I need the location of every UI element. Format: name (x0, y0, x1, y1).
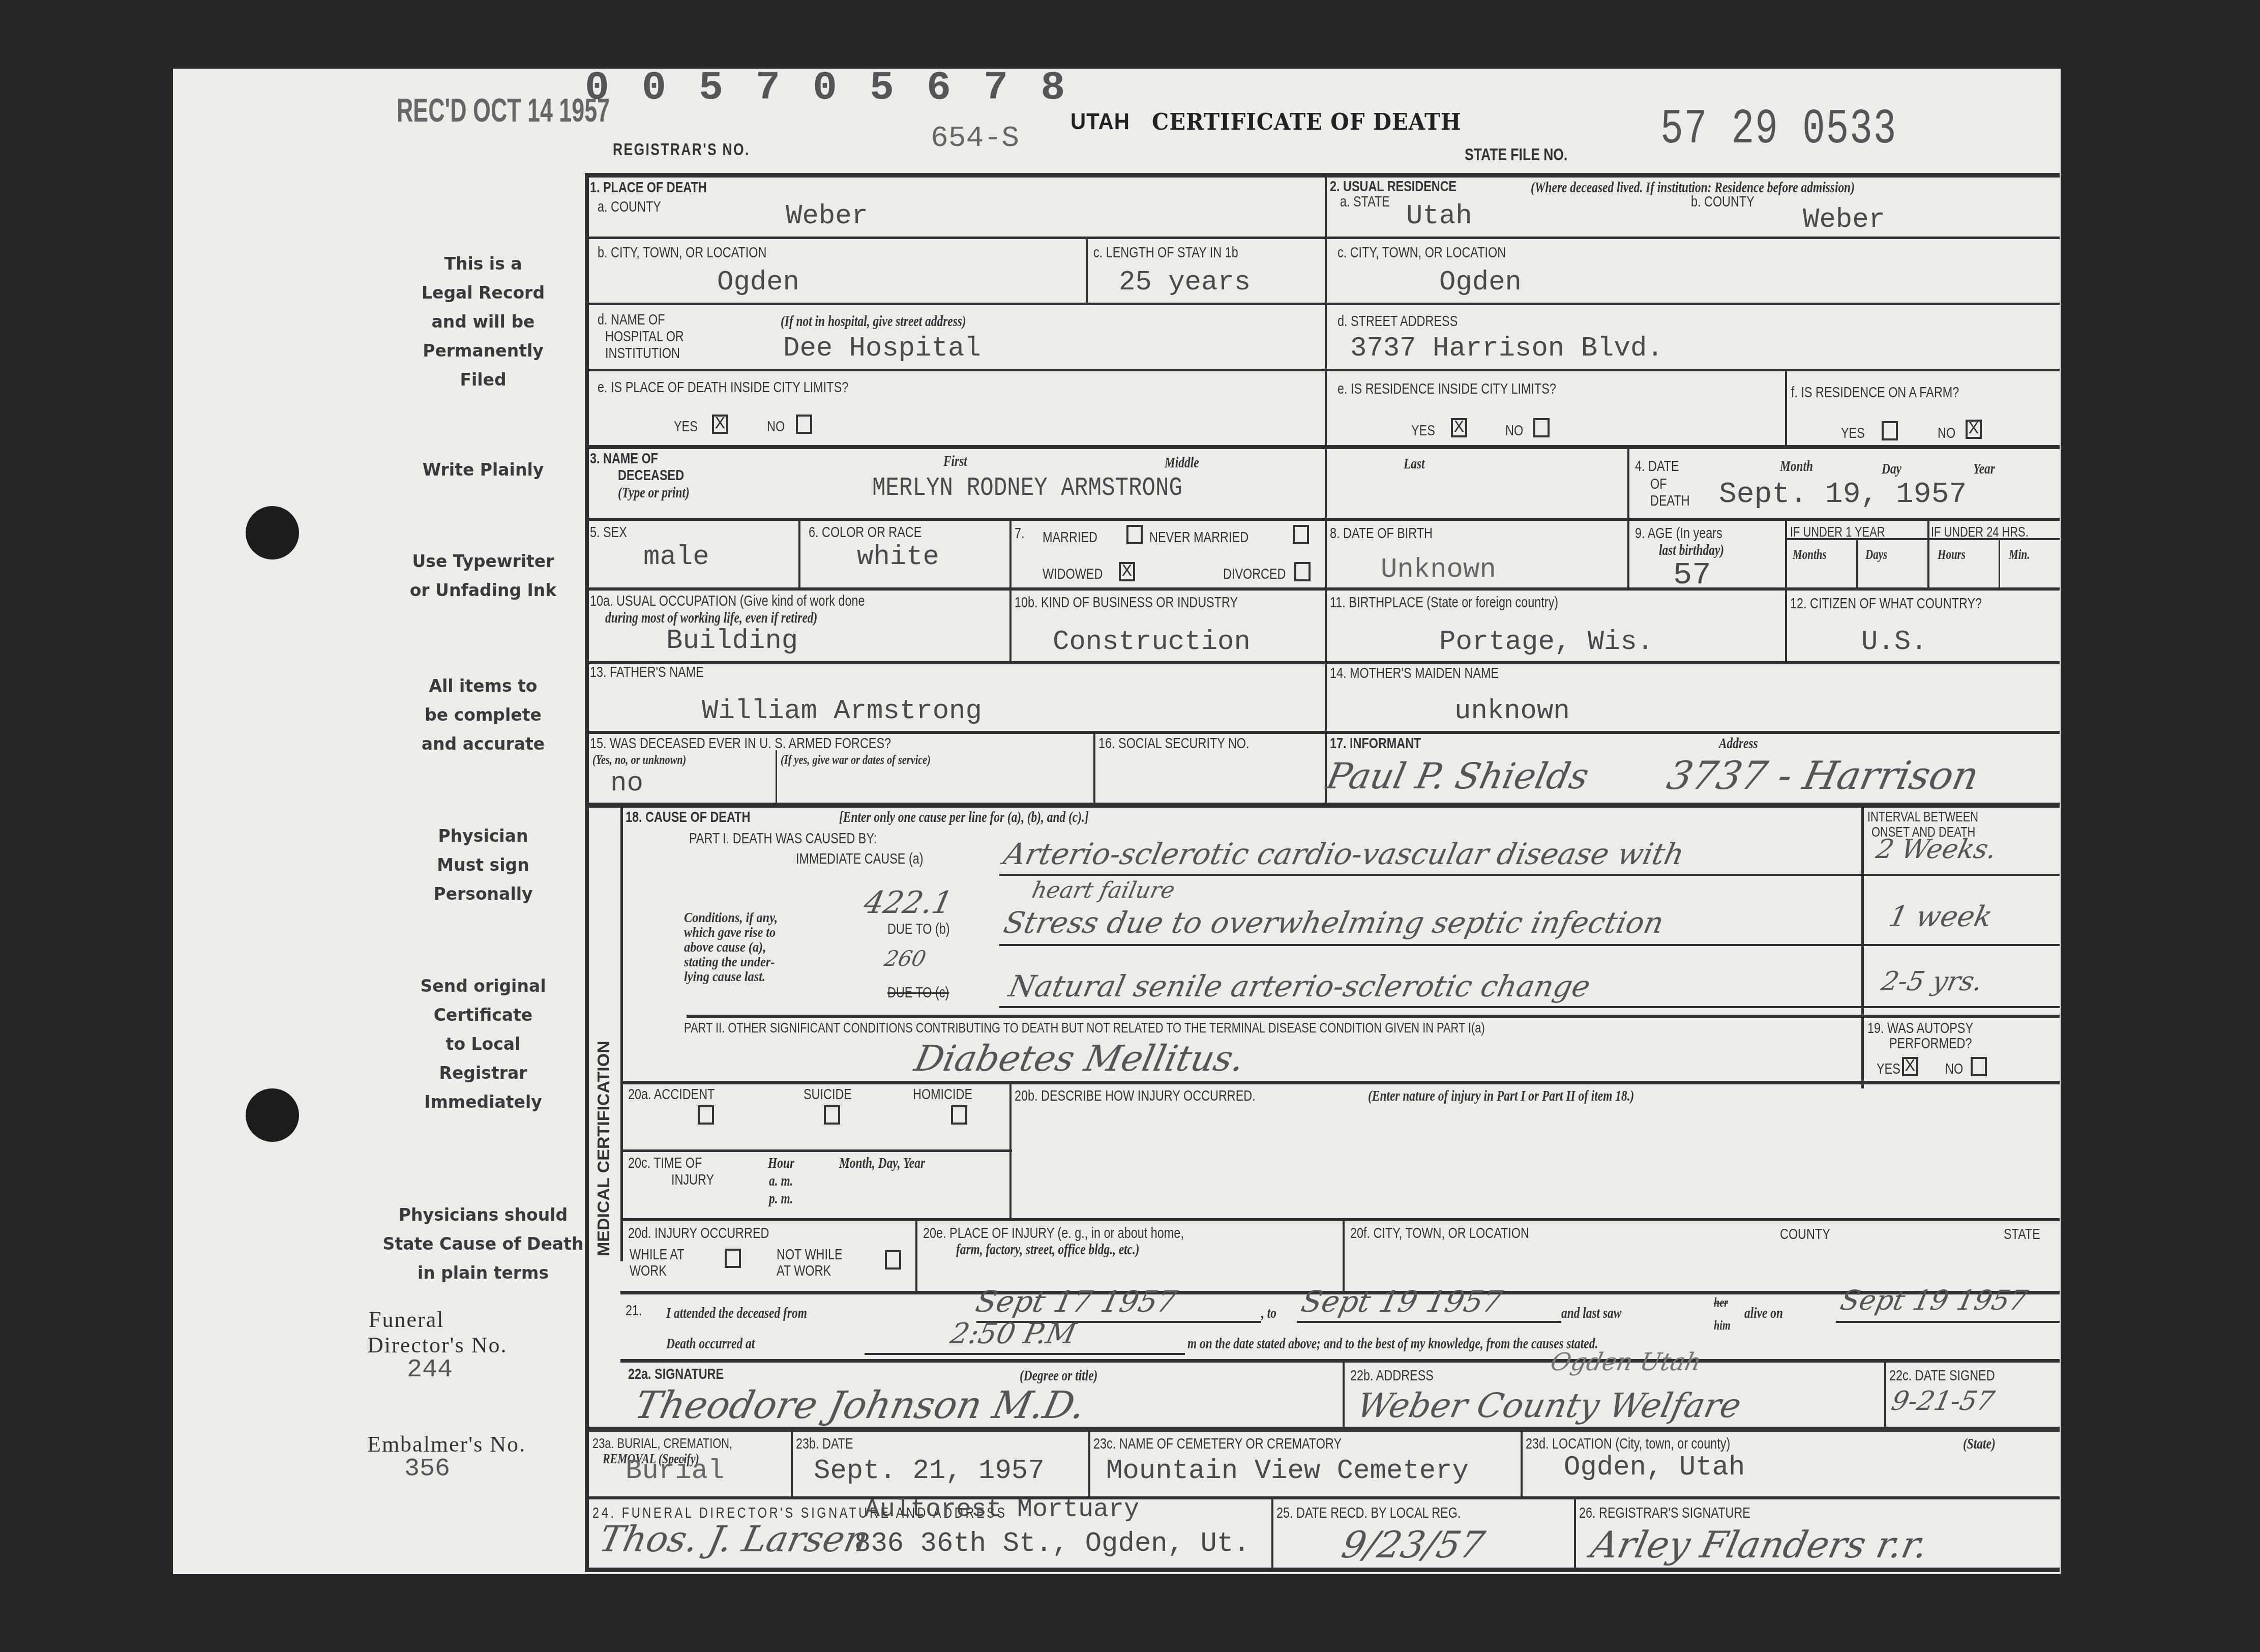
autopsy-no-checkbox[interactable] (1971, 1057, 1987, 1076)
injury-city-label: 20f. CITY, TOWN, OR LOCATION (1350, 1225, 1529, 1242)
no-label: NO (1505, 422, 1523, 439)
date-of-death-label-3: DEATH (1650, 492, 1690, 510)
autopsy-yes-checkbox[interactable]: X (1902, 1057, 1918, 1076)
min-label: Min. (2009, 547, 2030, 563)
hospital-value: Dee Hospital (783, 333, 981, 364)
yes-label: YES (1411, 422, 1435, 439)
res-state-label: a. STATE (1340, 193, 1390, 211)
mother-label: 14. MOTHER'S MAIDEN NAME (1330, 665, 1499, 682)
margin-note-typewriter: Use Typewriteror Unfading Ink (381, 547, 585, 605)
divider (1856, 538, 1858, 589)
last-saw-label: and last saw (1561, 1305, 1621, 1322)
date-of-death-label-2: OF (1650, 476, 1667, 493)
divider (1785, 369, 1787, 445)
alive-on-label: alive on (1744, 1305, 1783, 1322)
conditions-hint: Conditions, if any, which gave rise to a… (684, 910, 789, 984)
divider (1093, 731, 1095, 804)
informant-signature: Paul P. Shields (1323, 755, 1592, 797)
form-border-bottom (585, 1568, 2060, 1572)
death-time-line (865, 1353, 1185, 1355)
injury-desc-label: 20b. DESCRIBE HOW INJURY OCCURRED. (1015, 1087, 1256, 1105)
part2-label: PART II. OTHER SIGNIFICANT CONDITIONS CO… (684, 1020, 1485, 1036)
occupation-label: 10a. USUAL OCCUPATION (Give kind of work… (590, 593, 865, 610)
stay-value: 25 years (1119, 267, 1251, 298)
due-to-c-value: Natural senile arterio-sclerotic change (1006, 969, 1594, 1004)
widowed-checkbox[interactable]: X (1119, 562, 1135, 581)
interval-a-value: 2 Weeks. (1874, 834, 2000, 865)
place-of-injury-hint: farm, factory, street, office bldg., etc… (956, 1241, 1140, 1258)
divider (585, 1496, 2060, 1499)
burial-date-label: 23b. DATE (796, 1435, 853, 1453)
margin-note-write-plainly: Write Plainly (381, 455, 585, 484)
state-file-no: 57 29 0533 (1660, 102, 1897, 157)
informant-address-label: Address (1719, 735, 1758, 752)
year-label: Year (1973, 460, 1995, 478)
divider (620, 804, 623, 1261)
burial-label: 23a. BURIAL, CREMATION, (592, 1435, 732, 1452)
death-city-limits-label: e. IS PLACE OF DEATH INSIDE CITY LIMITS? (598, 379, 848, 396)
time-of-injury-label-2: INJURY (671, 1171, 714, 1189)
divider (1271, 1498, 1273, 1569)
immediate-cause-value: Arterio-sclerotic cardio-vascular diseas… (1001, 837, 1687, 871)
no-label: NO (1945, 1060, 1963, 1078)
cemetery-value: Mountain View Cemetery (1106, 1456, 1469, 1487)
injury-state-label: STATE (2004, 1226, 2040, 1243)
occupation-value: Building (666, 626, 798, 657)
armed-forces-label: 15. WAS DECEASED EVER IN U. S. ARMED FOR… (590, 735, 891, 752)
time-of-injury-label: 20c. TIME OF (628, 1155, 702, 1172)
deceased-name-hint: (Type or print) (618, 484, 690, 501)
attended-num: 21. (626, 1302, 642, 1319)
divider (620, 1218, 2060, 1221)
divider (1861, 804, 1864, 1088)
funeral-director-label-2: Director's No. (367, 1333, 507, 1358)
hospital-label: d. NAME OF (598, 311, 665, 329)
age-value: 57 (1673, 557, 1711, 593)
place-of-injury-label: 20e. PLACE OF INJURY (e. g., in or about… (923, 1225, 1184, 1242)
autopsy-label-2: PERFORMED? (1889, 1035, 1972, 1052)
divider (585, 303, 2060, 305)
him-label: him (1714, 1317, 1731, 1333)
margin-note-legal: This is aLegal Recordand will bePermanen… (381, 249, 585, 394)
received-stamp: REC'D OCT 14 1957 (397, 92, 610, 129)
dob-label: 8. DATE OF BIRTH (1330, 525, 1433, 542)
divider (620, 1149, 1012, 1152)
divider (585, 518, 2060, 521)
yes-label: YES (674, 418, 698, 435)
injury-desc-hint: (Enter nature of injury in Part I or Par… (1368, 1087, 1634, 1105)
father-value: William Armstrong (702, 696, 982, 727)
date-signed-label: 22c. DATE SIGNED (1889, 1367, 1995, 1384)
divider (1343, 1359, 1345, 1428)
divider (585, 1427, 2060, 1432)
res-county-value: Weber (1803, 204, 1885, 235)
physician-address: Weber County Welfare (1354, 1386, 1745, 1425)
divider (1086, 237, 1088, 303)
burial-state-label: (State) (1963, 1435, 1996, 1453)
due-to-c-label: DUE TO (c) (887, 984, 949, 1001)
divider (1574, 1498, 1576, 1569)
death-occurred-tail: m on the date stated above; and to the b… (1187, 1335, 1598, 1352)
industry-value: Construction (1053, 627, 1251, 658)
divider (791, 1429, 793, 1498)
burial-location-label: 23d. LOCATION (City, town, or county) (1526, 1435, 1730, 1453)
res-county-label: b. COUNTY (1691, 193, 1755, 211)
physician-signature: Theodore Johnson M.D. (631, 1383, 1089, 1427)
armed-forces-hint: (Yes, no, or unknown) (592, 752, 686, 768)
age-label-2: last birthday) (1659, 542, 1724, 559)
margin-note-complete: All items tobe completeand accurate (381, 671, 585, 758)
no-label: NO (1938, 425, 1955, 442)
widowed-label: WIDOWED (1043, 566, 1103, 583)
homicide-checkbox[interactable] (951, 1105, 967, 1125)
no-label: NO (767, 418, 785, 435)
sex-label: 5. SEX (590, 524, 627, 541)
while-at-work-label-2: WORK (630, 1262, 667, 1280)
res-city-value: Ogden (1439, 267, 1522, 298)
res-street-value: 3737 Harrison Blvd. (1350, 333, 1663, 364)
while-at-work-label: WHILE AT (630, 1246, 684, 1263)
due-to-b-label: DUE TO (b) (887, 921, 950, 938)
burial-value: Burial (626, 1456, 724, 1487)
res-state-value: Utah (1406, 201, 1472, 232)
part1-label: PART I. DEATH WAS CAUSED BY: (689, 830, 877, 847)
registrar-no: 654-S (931, 122, 1019, 155)
informant-label: 17. INFORMANT (1330, 735, 1421, 752)
certificate-stamp-number: 0 0 5 7 0 5 6 7 8 (585, 65, 1069, 111)
industry-label: 10b. KIND OF BUSINESS OR INDUSTRY (1015, 594, 1238, 611)
accident-label: 20a. ACCIDENT (628, 1086, 715, 1103)
divider (1088, 1429, 1090, 1498)
embalmer-no: 356 (404, 1455, 450, 1484)
autopsy-label: 19. WAS AUTOPSY (1867, 1020, 1973, 1037)
yes-label: YES (1877, 1060, 1900, 1078)
divider (1521, 1429, 1523, 1498)
divider (798, 518, 800, 589)
death-city-limits-yes-checkbox[interactable]: X (712, 415, 728, 434)
month-day-year-label: Month, Day, Year (839, 1155, 925, 1172)
married-label: MARRIED (1043, 529, 1097, 546)
margin-note-physician-sign: PhysicianMust signPersonally (381, 821, 585, 908)
registrar-no-label: REGISTRAR'S NO. (613, 140, 750, 160)
cause-b-line (999, 944, 2060, 946)
funeral-address-value: 836 36th St., Ogden, Ut. (854, 1528, 1250, 1559)
divider (1999, 538, 2000, 589)
not-while-at-work-label-2: AT WORK (777, 1262, 831, 1280)
first-name-label: First (943, 453, 967, 470)
place-of-death-label: 1. PLACE OF DEATH (590, 179, 707, 196)
divider (585, 237, 2060, 239)
immediate-cause-label: IMMEDIATE CAUSE (a) (796, 850, 923, 868)
farm-label: f. IS RESIDENCE ON A FARM? (1791, 384, 1959, 401)
punch-hole-top (246, 506, 299, 559)
interval-c-value: 2-5 yrs. (1879, 966, 1985, 997)
city-label: b. CITY, TOWN, OR LOCATION (598, 244, 766, 261)
form-border-top (585, 173, 2060, 178)
physician-address-2: Ogden Utah (1548, 1348, 1704, 1376)
due-to-b-value: Stress due to overwhelming septic infect… (1001, 905, 1667, 940)
hour-label: Hour (768, 1155, 794, 1172)
armed-forces-service-hint: (If yes, give war or dates of service) (781, 752, 931, 768)
farm-yes-checkbox[interactable] (1882, 421, 1898, 440)
form-border-left (585, 173, 589, 1572)
divider (585, 731, 2060, 734)
hospital-hint: (If not in hospital, give street address… (781, 313, 966, 330)
hospital-label-3: INSTITUTION (605, 345, 680, 362)
attended-to-line (1297, 1321, 1561, 1323)
mother-value: unknown (1454, 696, 1570, 727)
citizen-value: U.S. (1861, 627, 1927, 658)
month-label: Month (1780, 458, 1813, 475)
date-recd-label: 25. DATE RECD. BY LOCAL REG. (1276, 1504, 1461, 1522)
citizen-label: 12. CITIZEN OF WHAT COUNTRY? (1790, 595, 1982, 612)
while-at-work-checkbox[interactable] (725, 1249, 741, 1268)
divider (585, 587, 2060, 591)
stay-label: c. LENGTH OF STAY IN 1b (1093, 244, 1238, 261)
never-married-checkbox[interactable] (1293, 525, 1309, 544)
attended-to-value: Sept 19 1957 (1298, 1284, 1505, 1319)
embalmer-label: Embalmer's No. (367, 1432, 526, 1457)
married-checkbox[interactable] (1126, 525, 1143, 544)
res-street-label: d. STREET ADDRESS (1337, 313, 1458, 330)
interval-label: INTERVAL BETWEEN (1867, 809, 1978, 825)
hours-label: Hours (1938, 547, 1966, 563)
not-while-at-work-checkbox[interactable] (885, 1250, 901, 1270)
title-state: UTAH (1070, 109, 1130, 135)
injury-county-label: COUNTY (1780, 1226, 1830, 1243)
cause-of-death-hint: [Enter only one cause per line for (a), … (839, 809, 1089, 826)
armed-forces-value: no (610, 768, 643, 799)
date-recd-value: 9/23/57 (1338, 1523, 1488, 1566)
cause-of-death-label: 18. CAUSE OF DEATH (626, 809, 750, 826)
birthplace-label: 11. BIRTHPLACE (State or foreign country… (1330, 594, 1558, 611)
attended-label: I attended the deceased from (666, 1305, 807, 1322)
dob-value: Unknown (1381, 554, 1496, 585)
funeral-director-label: Funeral (369, 1307, 444, 1333)
death-occurred-label: Death occurred at (666, 1335, 755, 1352)
am-label: a. m. (769, 1172, 793, 1190)
race-label: 6. COLOR OR RACE (809, 524, 921, 541)
deceased-name-label: 3. NAME OF (590, 450, 658, 467)
birthplace-value: Portage, Wis. (1439, 627, 1653, 658)
margin-note-cause-plain: Physicians shouldState Cause of Deathin … (361, 1200, 605, 1287)
divider (1927, 518, 1929, 589)
divider (585, 445, 2060, 449)
alive-on-line (1836, 1321, 2060, 1323)
registrar-signature-label: 26. REGISTRAR'S SIGNATURE (1579, 1504, 1750, 1522)
age-label: 9. AGE (In years (1635, 525, 1722, 542)
middle-name-label: Middle (1165, 454, 1199, 471)
part2-value: Diabetes Mellitus. (911, 1038, 1248, 1079)
cause-code-1: 422.1 (861, 885, 956, 921)
not-while-at-work-label: NOT WHILE (777, 1246, 843, 1263)
divider (585, 661, 2060, 664)
her-label: her (1714, 1294, 1728, 1310)
funeral-director-no: 244 (407, 1355, 453, 1384)
farm-no-checkbox[interactable]: X (1966, 420, 1982, 439)
immediate-cause-continued: heart failure (1030, 877, 1177, 903)
punch-hole-bottom (246, 1088, 299, 1142)
cause-code-2: 260 (882, 946, 929, 971)
suicide-label: SUICIDE (804, 1086, 852, 1103)
ssn-label: 16. SOCIAL SECURITY NO. (1098, 735, 1249, 752)
injury-occurred-label: 20d. INJURY OCCURRED (628, 1225, 769, 1242)
divider (776, 750, 777, 804)
hospital-label-2: HOSPITAL OR (605, 328, 684, 345)
burial-date-value: Sept. 21, 1957 (814, 1456, 1045, 1487)
divider (585, 803, 2060, 808)
last-name-label: Last (1404, 455, 1425, 473)
divider (687, 1015, 2060, 1018)
months-label: Months (1793, 547, 1827, 563)
margin-note-send-original: Send originalCertificateto LocalRegistra… (381, 971, 585, 1116)
day-label: Day (1882, 460, 1901, 478)
date-of-death-value: Sept. 19, 1957 (1719, 478, 1967, 511)
burial-location-value: Ogden, Utah (1564, 1452, 1745, 1483)
days-label: Days (1865, 547, 1887, 563)
page-title: CERTIFICATE OF DEATH (1152, 109, 1461, 135)
divider (915, 1218, 917, 1292)
homicide-label: HOMICIDE (913, 1086, 972, 1103)
cause-a-line (999, 874, 2060, 876)
under-1-year-label: IF UNDER 1 YEAR (1790, 524, 1885, 540)
deceased-full-name: MERLYN RODNEY ARMSTRONG (872, 473, 1182, 503)
interval-b-value: 1 week (1886, 900, 1995, 933)
marital-status-label: 7. (1015, 525, 1025, 542)
father-label: 13. FATHER'S NAME (590, 664, 704, 681)
signature-label: 22a. SIGNATURE (628, 1366, 724, 1383)
yes-label: YES (1841, 425, 1865, 442)
sex-value: male (643, 542, 709, 573)
informant-address: 3737 - Harrison (1663, 753, 1983, 798)
physician-address-label: 22b. ADDRESS (1350, 1367, 1434, 1384)
alive-on-value: Sept 19 1957 (1837, 1284, 2030, 1316)
funeral-home-value: Aultorest Mortuary (865, 1495, 1139, 1524)
race-value: white (857, 542, 939, 573)
suicide-checkbox[interactable] (824, 1105, 840, 1125)
attended-from-value: Sept 17 1957 (973, 1284, 1180, 1319)
divider (620, 1359, 2060, 1363)
divider (1343, 1218, 1345, 1292)
death-county-value: Weber (786, 201, 868, 232)
divorced-checkbox[interactable] (1294, 562, 1311, 581)
medical-certification-label: MEDICAL CERTIFICATION (594, 1041, 614, 1256)
date-of-death-label: 4. DATE (1635, 458, 1679, 475)
county-label: a. COUNTY (598, 198, 661, 216)
death-city-value: Ogden (717, 267, 799, 298)
date-signed-value: 9-21-57 (1889, 1386, 1997, 1417)
accident-checkbox[interactable] (698, 1105, 714, 1125)
pm-label: p. m. (769, 1190, 793, 1207)
under-24-hrs-label: IF UNDER 24 HRS. (1931, 524, 2029, 540)
cemetery-label: 23c. NAME OF CEMETERY OR CREMATORY (1093, 1435, 1342, 1453)
death-city-limits-no-checkbox[interactable] (796, 415, 812, 434)
occupation-hint: during most of working life, even if ret… (605, 609, 817, 627)
res-city-limits-yes-checkbox[interactable]: X (1451, 418, 1467, 437)
res-city-label: c. CITY, TOWN, OR LOCATION (1337, 244, 1506, 261)
divider (620, 1081, 2060, 1084)
deceased-name-label-2: DECEASED (618, 467, 684, 484)
divider (585, 369, 2060, 371)
state-file-label: STATE FILE NO. (1465, 145, 1567, 165)
divorced-label: DIVORCED (1223, 566, 1286, 583)
divider (1884, 1359, 1886, 1428)
divider (1627, 518, 1629, 589)
divider (1627, 445, 1629, 519)
cause-c-line (999, 1006, 2060, 1008)
never-married-label: NEVER MARRIED (1149, 529, 1248, 546)
death-time-value: 2:50 P.M (947, 1317, 1079, 1350)
res-city-limits-no-checkbox[interactable] (1533, 418, 1550, 437)
to-label: , to (1261, 1305, 1276, 1322)
degree-label: (Degree or title) (1020, 1367, 1097, 1384)
registrar-signature: Arley Flanders r.r. (1587, 1523, 1931, 1566)
usual-residence-label: 2. USUAL RESIDENCE (1330, 178, 1456, 195)
funeral-director-signature: Thos. J. Larsen (596, 1518, 872, 1560)
res-city-limits-label: e. IS RESIDENCE INSIDE CITY LIMITS? (1337, 380, 1556, 398)
